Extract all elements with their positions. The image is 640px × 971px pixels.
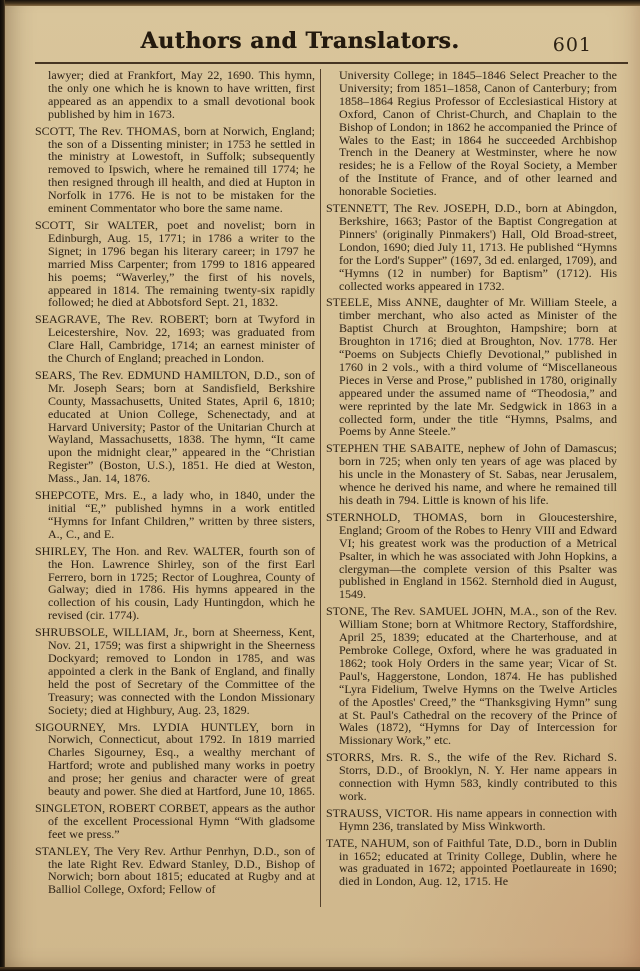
page-number: 601 bbox=[553, 34, 592, 56]
entry-paragraph: SINGLETON, ROBERT CORBET, appears as the… bbox=[35, 802, 315, 841]
entry-paragraph: SHIRLEY, The Hon. and Rev. WALTER, fourt… bbox=[35, 545, 315, 622]
entry-paragraph: STEPHEN THE SABAITE, nephew of John of D… bbox=[326, 442, 617, 507]
column-divider bbox=[320, 69, 321, 907]
entry-paragraph: STEELE, Miss ANNE, daughter of Mr. Willi… bbox=[326, 296, 617, 438]
entry-paragraph: SCOTT, Sir WALTER, poet and novelist; bo… bbox=[35, 219, 315, 309]
entry-paragraph: lawyer; died at Frankfort, May 22, 1690.… bbox=[35, 69, 315, 121]
page-edge-left bbox=[0, 0, 5, 971]
entry-paragraph: STRAUSS, VICTOR. His name appears in con… bbox=[326, 807, 617, 833]
entry-paragraph: SHRUBSOLE, WILLIAM, Jr., born at Sheerne… bbox=[35, 626, 315, 716]
page-title: Authors and Translators. bbox=[0, 28, 600, 54]
entry-paragraph: STORRS, Mrs. R. S., the wife of the Rev.… bbox=[326, 751, 617, 803]
entry-paragraph: STONE, The Rev. SAMUEL JOHN, M.A., son o… bbox=[326, 605, 617, 747]
entry-paragraph: STANLEY, The Very Rev. Arthur Penrhyn, D… bbox=[35, 845, 315, 897]
page-edge-bottom bbox=[0, 967, 640, 971]
entry-paragraph: University College; in 1845–1846 Select … bbox=[326, 69, 617, 198]
column-right: University College; in 1845–1846 Select … bbox=[326, 69, 617, 911]
entry-paragraph: TATE, NAHUM, son of Faithful Tate, D.D.,… bbox=[326, 837, 617, 889]
entry-paragraph: STENNETT, The Rev. JOSEPH, D.D., born at… bbox=[326, 202, 617, 292]
entry-paragraph: SEARS, The Rev. EDMUND HAMILTON, D.D., s… bbox=[35, 369, 315, 485]
book-page: Authors and Translators. 601 lawyer; die… bbox=[0, 0, 640, 971]
entry-paragraph: SIGOURNEY, Mrs. LYDIA HUNTLEY, born in N… bbox=[35, 721, 315, 798]
page-edge-top bbox=[0, 0, 640, 6]
entry-paragraph: SEAGRAVE, The Rev. ROBERT; born at Twyfo… bbox=[35, 313, 315, 365]
header-rule bbox=[35, 62, 628, 64]
entry-paragraph: SHEPCOTE, Mrs. E., a lady who, in 1840, … bbox=[35, 489, 315, 541]
column-left: lawyer; died at Frankfort, May 22, 1690.… bbox=[35, 69, 315, 911]
text-columns: lawyer; died at Frankfort, May 22, 1690.… bbox=[35, 69, 617, 911]
entry-paragraph: STERNHOLD, THOMAS, born in Gloucestershi… bbox=[326, 511, 617, 601]
entry-paragraph: SCOTT, The Rev. THOMAS, born at Norwich,… bbox=[35, 125, 315, 215]
